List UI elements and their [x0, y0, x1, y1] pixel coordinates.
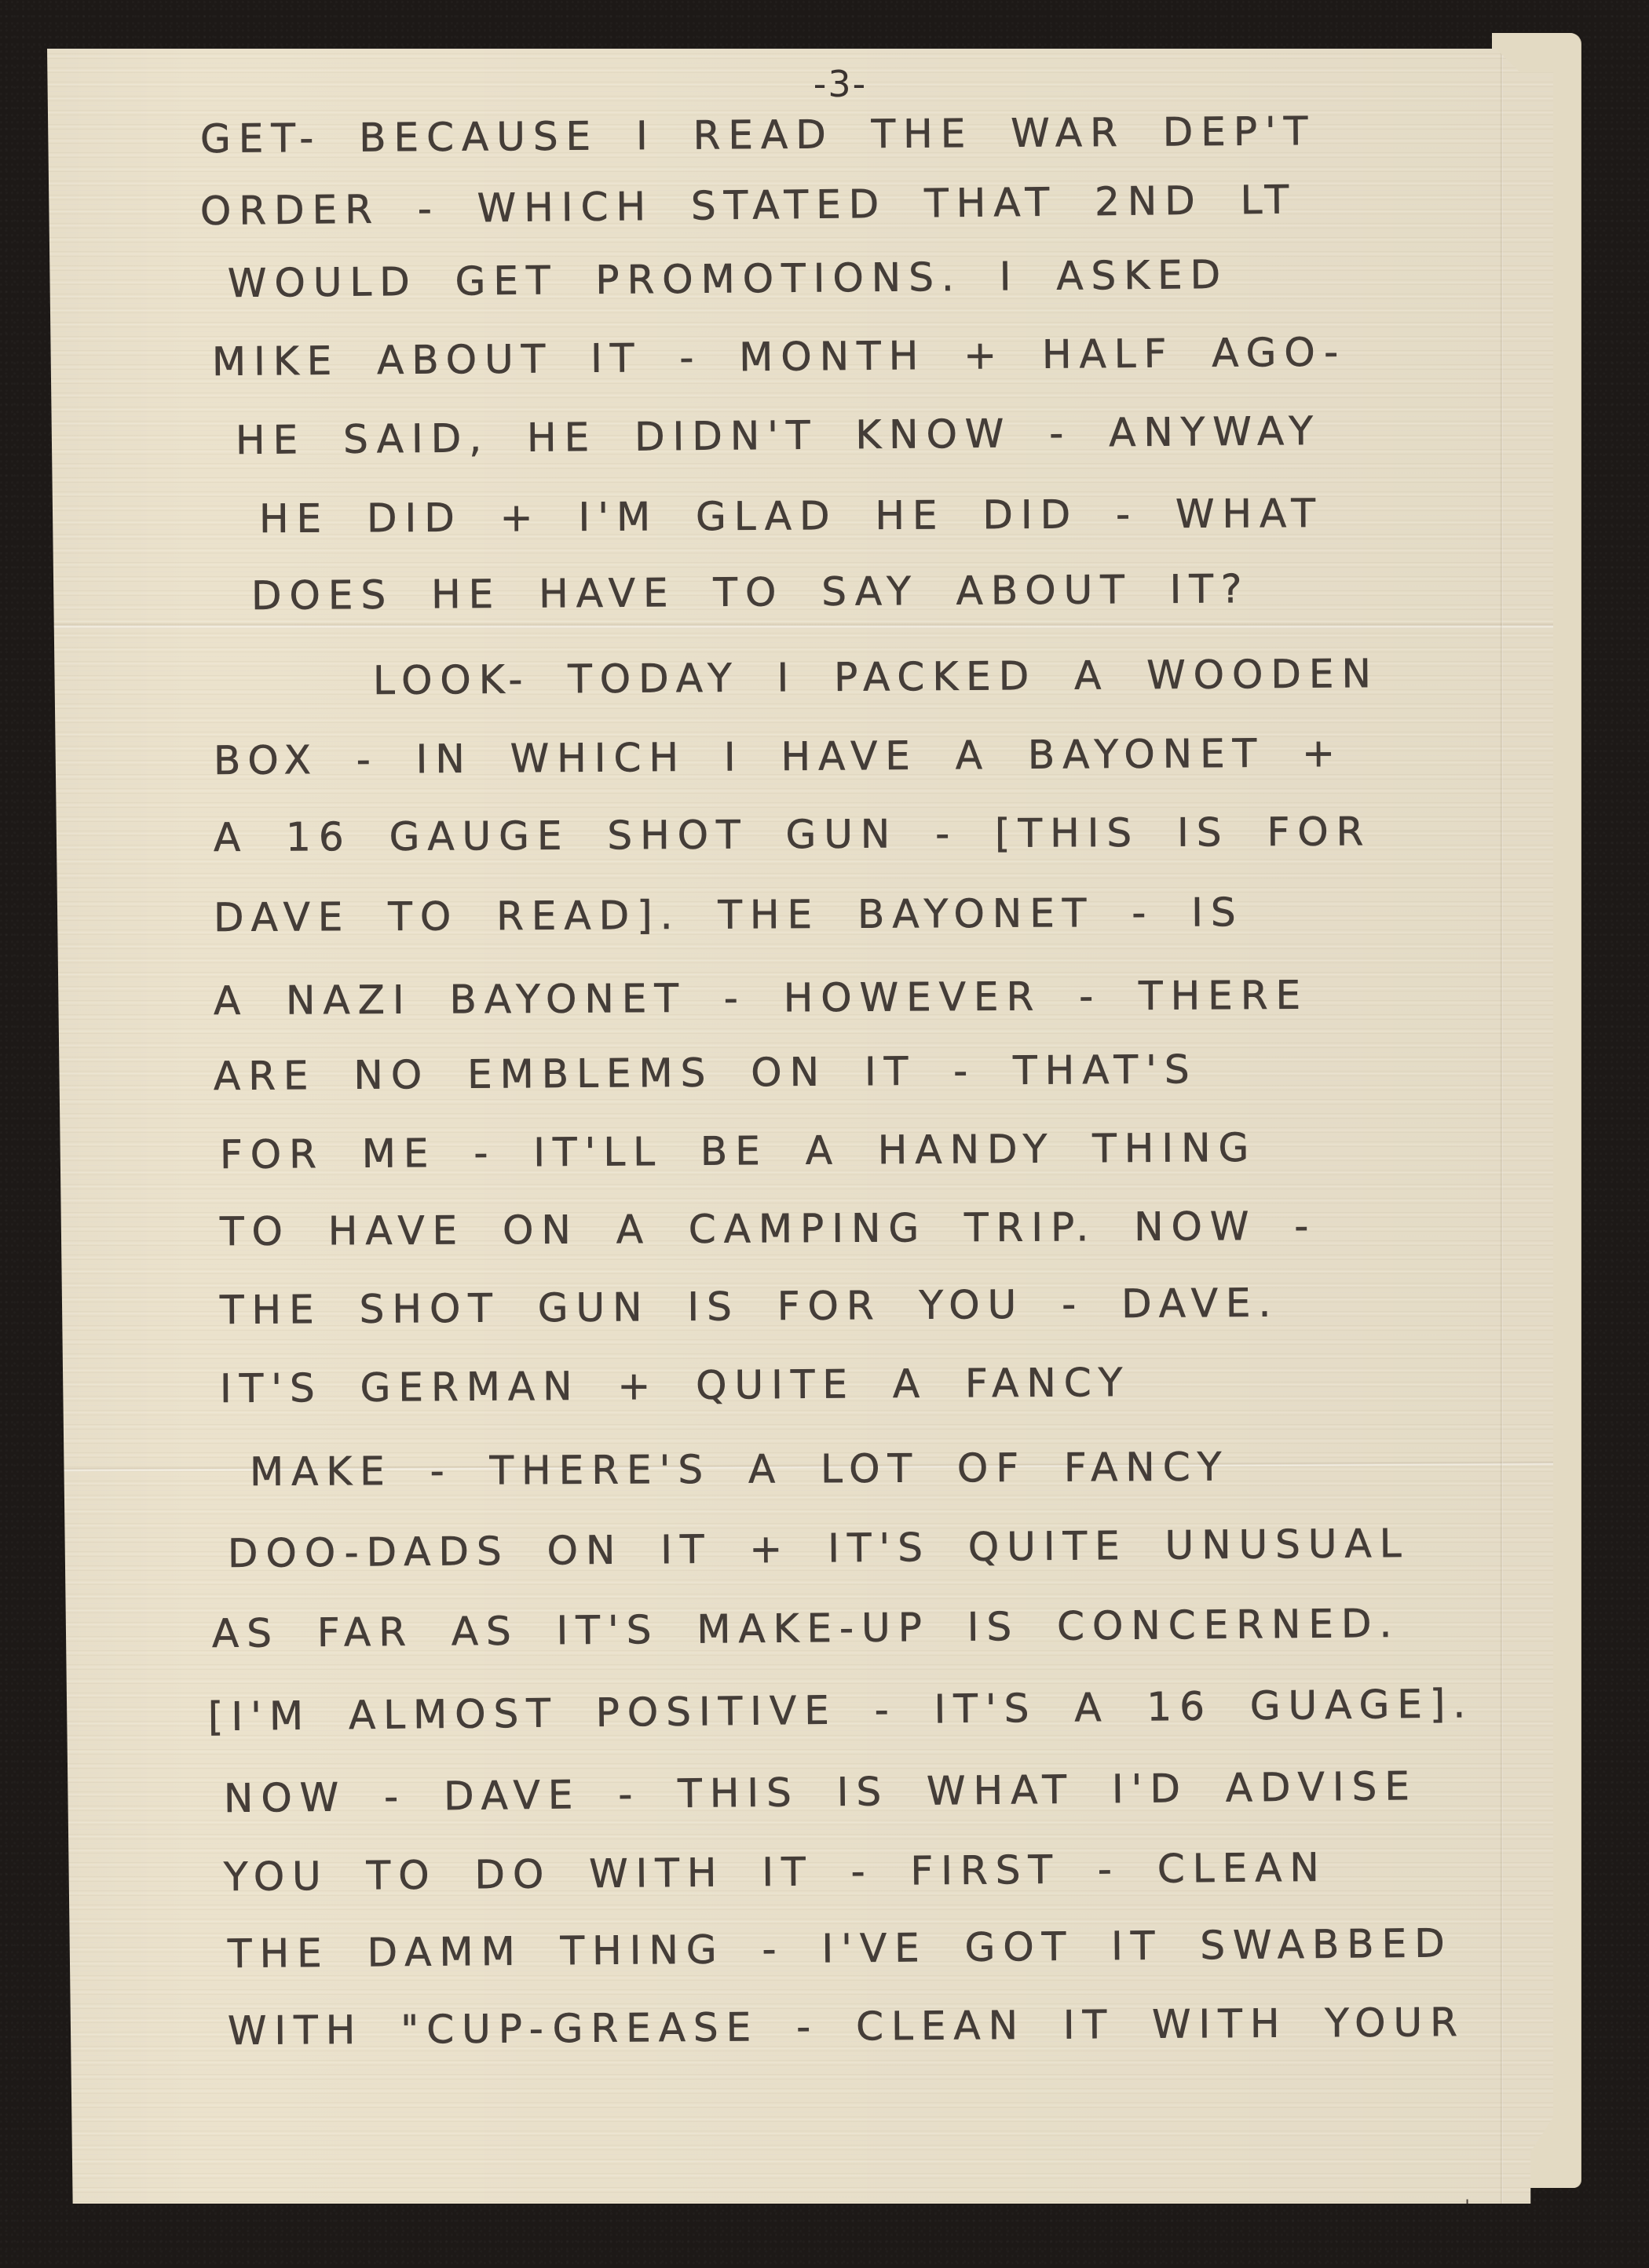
handwritten-line: ORDER - WHICH STATED THAT 2ND LT [200, 177, 1297, 234]
handwritten-line: BOX - IN WHICH I HAVE A BAYONET + [214, 730, 1343, 783]
letter-page: -3- GET- BECAUSE I READ THE WAR DEP'T OR… [47, 49, 1553, 2204]
handwritten-line: DOES HE HAVE TO SAY ABOUT IT? [251, 566, 1250, 619]
handwritten-line: FOR ME - IT'LL BE A HANDY THING [220, 1125, 1257, 1178]
handwritten-line: [I'M ALMOST POSITIVE - IT'S A 16 GUAGE]. [208, 1681, 1474, 1740]
handwritten-line: MAKE - THERE'S A LOT OF FANCY [250, 1444, 1230, 1495]
handwritten-line: MIKE ABOUT IT - MONTH + HALF AGO- [212, 329, 1347, 385]
handwritten-line: HE DID + I'M GLAD HE DID - WHAT [259, 491, 1323, 542]
handwritten-line: NOW - DAVE - THIS IS WHAT I'D ADVISE [224, 1763, 1417, 1821]
handwritten-text-body: GET- BECAUSE I READ THE WAR DEP'T ORDER … [47, 49, 1553, 2204]
handwritten-line: A NAZI BAYONET - HOWEVER - THERE [214, 973, 1308, 1024]
handwritten-line: AS FAR AS IT'S MAKE-UP IS CONCERNED. [212, 1601, 1400, 1656]
handwritten-line: WITH "CUP-GREASE - CLEAN IT WITH YOUR [228, 2000, 1465, 2054]
handwritten-line: WOULD GET PROMOTIONS. I ASKED [228, 252, 1229, 306]
handwritten-line: GET- BECAUSE I READ THE WAR DEP'T [200, 108, 1316, 162]
handwritten-line: A 16 GAUGE SHOT GUN - [THIS IS FOR [214, 809, 1372, 860]
handwritten-line: LOOK- TODAY I PACKED A WOODEN [373, 651, 1379, 703]
handwritten-line: THE SHOT GUN IS FOR YOU - DAVE. [220, 1280, 1279, 1333]
handwritten-line: IT'S GERMAN + QUITE A FANCY [220, 1360, 1131, 1412]
handwritten-line: HE SAID, HE DIDN'T KNOW - ANYWAY [236, 408, 1321, 463]
handwritten-line: THE DAMM THING - I'VE GOT IT SWABBED [228, 1920, 1453, 1977]
handwritten-line: TO HAVE ON A CAMPING TRIP. NOW - [220, 1203, 1317, 1255]
ink-marks: . ' , [1421, 2196, 1529, 2218]
handwritten-line: ARE NO EMBLEMS ON IT - THAT'S [214, 1046, 1197, 1099]
handwritten-line: YOU TO DO WITH IT - FIRST - CLEAN [224, 1845, 1327, 1900]
handwritten-line: DAVE TO READ]. THE BAYONET - IS [214, 889, 1244, 940]
handwritten-line: DOO-DADS ON IT + IT'S QUITE UNUSUAL [228, 1521, 1410, 1576]
scanned-letter-stage: -3- GET- BECAUSE I READ THE WAR DEP'T OR… [0, 0, 1649, 2268]
